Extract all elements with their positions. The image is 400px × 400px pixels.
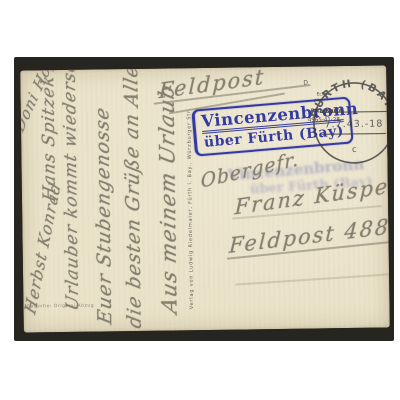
guarantee-imprint: Garantie: Original-Abzug [26, 304, 94, 310]
address-rule [235, 273, 390, 285]
svg-text:FÜRTH (BAY): FÜRTH (BAY) [309, 77, 390, 119]
signature-line-3: Herbst Konrad [20, 170, 66, 325]
postmark-town-text: FÜRTH (BAY) [309, 77, 390, 119]
printed-corner-letter: D [303, 80, 308, 87]
message-line-3: Euer Stubengenosse [91, 127, 116, 326]
postcard-back: Feldpost Vincenzenbronn über Fürth (Bay)… [20, 65, 390, 332]
message-line-1: Aus meinem Urlaub [154, 81, 181, 316]
postmark-index-letter: c [352, 145, 357, 155]
message-line-2: die besten Grüße an Alle [120, 76, 146, 330]
postmark-fuerth: FÜRTH (BAY) 7.7.43.-18 c [308, 77, 389, 168]
postmark-date: 7.7.43.-18 [325, 119, 384, 131]
